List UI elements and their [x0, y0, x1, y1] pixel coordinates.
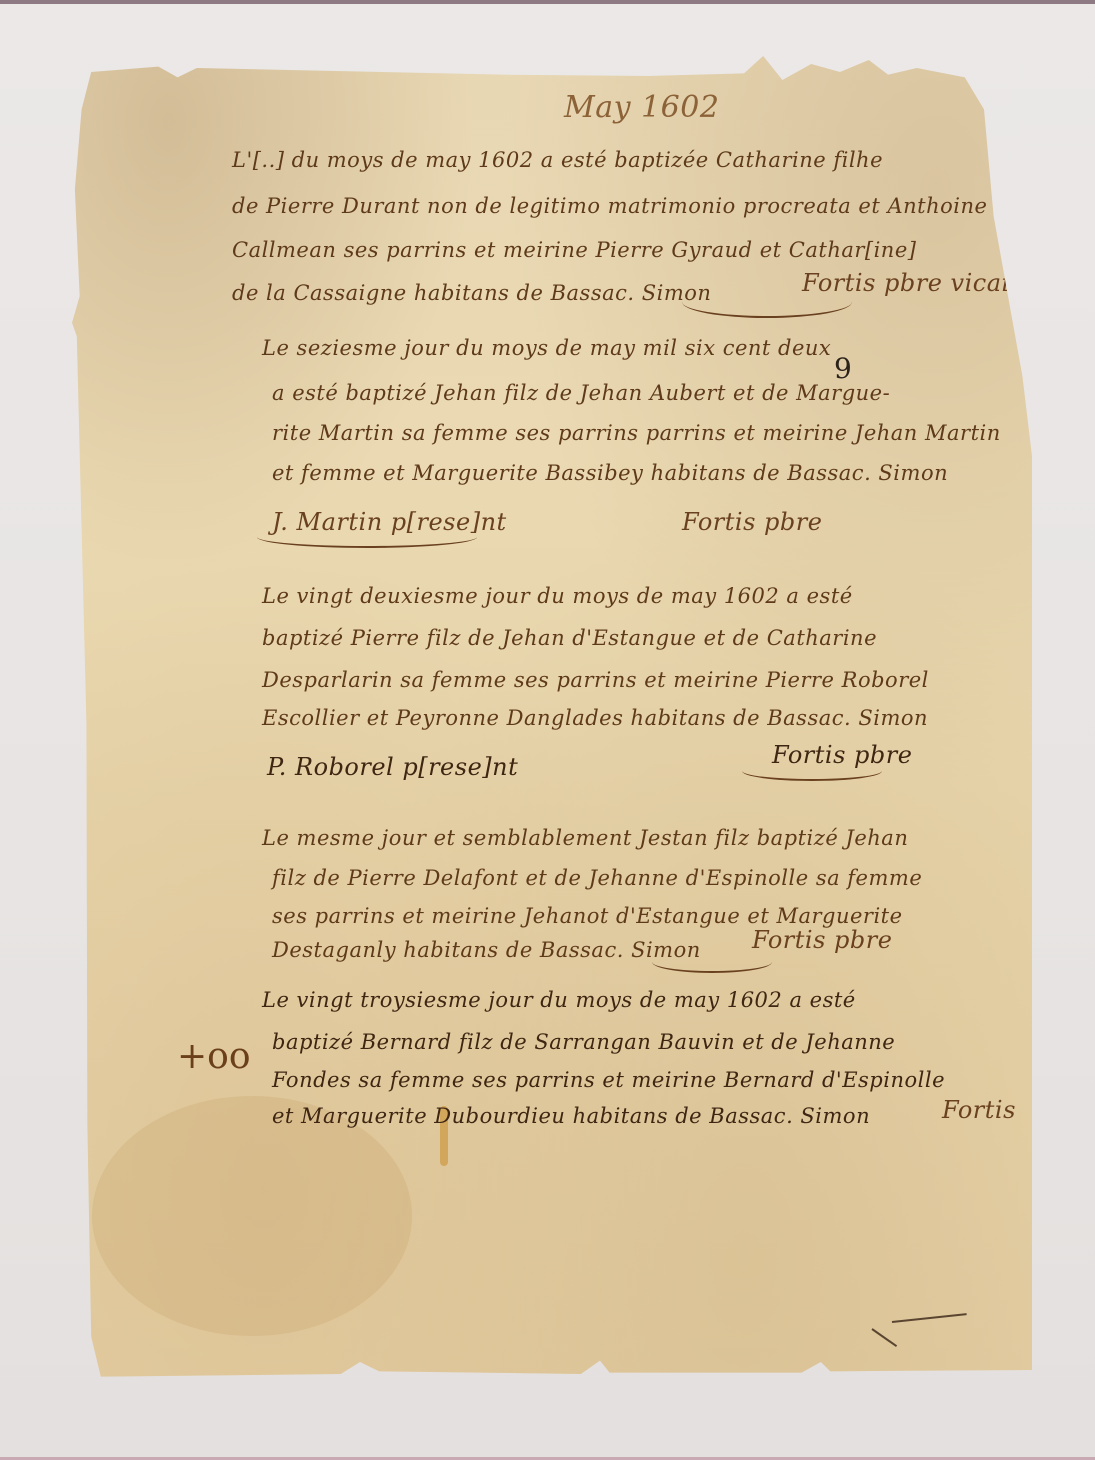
entry-line: L'[..] du moys de may 1602 a esté baptiz…	[232, 148, 883, 172]
entry-line: et femme et Marguerite Bassibey habitans…	[272, 461, 948, 485]
entry-line: Fondes sa femme ses parrins et meirine B…	[272, 1068, 945, 1092]
priest-signature: Fortis pbre	[682, 508, 822, 536]
page-header-date: May 1602	[564, 90, 719, 125]
priest-signature: Fortis pbre	[752, 926, 892, 954]
entry-line: Desparlarin sa femme ses parrins et meir…	[262, 668, 929, 692]
entry-line: Destaganly habitans de Bassac. Simon	[272, 938, 701, 962]
signature-flourish	[742, 761, 882, 781]
water-stain	[92, 1096, 412, 1336]
margin-cross-mark: +oo	[177, 1036, 251, 1077]
entry-line: filz de Pierre Delafont et de Jehanne d'…	[272, 866, 922, 890]
entry-line: Le vingt deuxiesme jour du moys de may 1…	[262, 584, 853, 608]
priest-signature: Fortis	[942, 1096, 1016, 1124]
manuscript-page: May 1602 9 +oo L'[..] du moys de may 160…	[72, 56, 1032, 1390]
paper-crack	[892, 1313, 967, 1323]
entry-line: de Pierre Durant non de legitimo matrimo…	[232, 194, 987, 218]
signature-flourish	[682, 286, 852, 318]
entry-line: ses parrins et meirine Jehanot d'Estangu…	[272, 904, 903, 928]
entry-line: rite Martin sa femme ses parrins parrins…	[272, 421, 1001, 445]
entry-line: baptizé Pierre filz de Jehan d'Estangue …	[262, 626, 877, 650]
entry-line: Callmean ses parrins et meirine Pierre G…	[232, 238, 916, 262]
entry-line: Escollier et Peyronne Danglades habitans…	[262, 706, 928, 730]
entry-line: baptizé Bernard filz de Sarrangan Bauvin…	[272, 1030, 895, 1054]
entry-line: Le mesme jour et semblablement Jestan fi…	[262, 826, 908, 850]
signature-flourish	[257, 526, 477, 548]
witness-signature: P. Roborel p[rese]nt	[267, 753, 518, 781]
entry-line: et Marguerite Dubourdieu habitans de Bas…	[272, 1104, 870, 1128]
entry-line: Le vingt troysiesme jour du moys de may …	[262, 988, 856, 1012]
entry-line: a esté baptizé Jehan filz de Jehan Auber…	[272, 381, 890, 405]
entry-line: Le seziesme jour du moys de may mil six …	[262, 336, 831, 360]
paper-crack	[871, 1328, 897, 1347]
signature-flourish	[652, 951, 772, 973]
entry-line: de la Cassaigne habitans de Bassac. Simo…	[232, 281, 711, 305]
